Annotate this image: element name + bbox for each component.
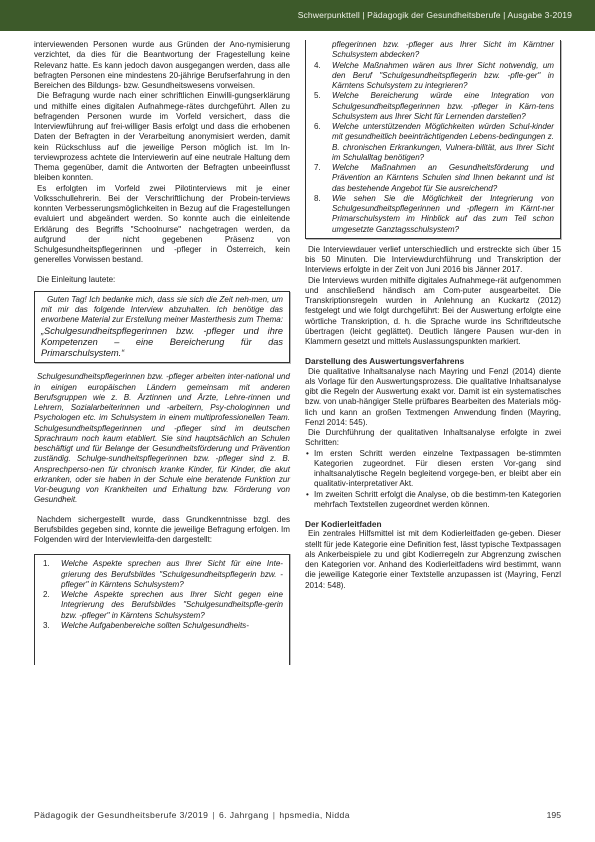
question-item: 8.Wie sehen Sie die Möglichkeit der Inte…	[314, 194, 554, 235]
volume: 6. Jahrgang	[219, 810, 269, 820]
question-list: 1.Welche Aspekte sprechen aus Ihrer Sich…	[43, 559, 283, 631]
question-text: Welche Aspekte sprechen aus Ihrer Sicht …	[61, 590, 283, 620]
paragraph: Nachdem sichergestellt wurde, dass Grund…	[34, 515, 290, 546]
paragraph: Die Befragung wurde nach einer schriftli…	[34, 91, 290, 183]
paragraph: interviewenden Personen wurde aus Gründe…	[34, 40, 290, 91]
journal-name: Pädagogik der Gesundheitsberufe 3/2019	[34, 810, 208, 820]
interview-guide-box-part1: 1.Welche Aspekte sprechen aus Ihrer Sich…	[34, 554, 290, 665]
left-column: interviewenden Personen wurde aus Gründe…	[34, 40, 290, 665]
running-title: Schwerpunkttell | Pädagogik der Gesundhe…	[298, 10, 572, 20]
section-heading: Darstellung des Auswertungsverfahrens	[305, 356, 561, 366]
page-footer: Pädagogik der Gesundheitsberufe 3/2019|6…	[34, 810, 561, 820]
interview-guide-box-part2: pflegerinnen bzw. -pfleger aus Ihrer Sic…	[305, 40, 561, 239]
question-text: Welche Aspekte sprechen aus Ihrer Sicht …	[61, 559, 283, 589]
question-text: pflegerinnen bzw. -pfleger aus Ihrer Sic…	[332, 40, 554, 59]
question-item: 5.Welche Bereicherung würde eine Integra…	[314, 91, 554, 122]
footer-separator: |	[212, 810, 215, 820]
question-number: 2.	[43, 590, 50, 600]
paragraph: Die Interviews wurden mithilfe digitales…	[305, 276, 561, 348]
question-item: 3.Welche Aufgabenbereiche sollten Schulg…	[43, 621, 283, 631]
publisher: hpsmedia, Nidda	[279, 810, 350, 820]
section-heading: Der Kodierleitfaden	[305, 519, 561, 529]
paragraph: Die Interviewdauer verlief unterschiedli…	[305, 245, 561, 276]
bullet-item: Im ersten Schritt werden einzelne Textpa…	[305, 449, 561, 490]
header-band: Schwerpunkttell | Pädagogik der Gesundhe…	[0, 0, 595, 31]
intro-label: Die Einleitung lautete:	[34, 275, 290, 285]
question-text: Welche Aufgabenbereiche sollten Schulges…	[61, 621, 249, 630]
quote-text: Guten Tag! Ich bedanke mich, dass sie si…	[41, 295, 283, 360]
question-item: 1.Welche Aspekte sprechen aus Ihrer Sich…	[43, 559, 283, 590]
question-text: Welche unterstützenden Möglichkeiten wür…	[332, 122, 554, 162]
quote-body: Guten Tag! Ich bedanke mich, dass sie si…	[41, 295, 283, 325]
question-text: Welche Bereicherung würde eine Integrati…	[332, 91, 554, 121]
footer-separator: |	[273, 810, 276, 820]
question-text: Welche Maßnahmen an Gesundheitsförderung…	[332, 163, 554, 193]
paragraph: Die qualitative Inhaltsanalyse nach Mayr…	[305, 367, 561, 429]
bullet-list: Im ersten Schritt werden einzelne Textpa…	[305, 449, 561, 511]
question-number: 7.	[314, 163, 321, 173]
paragraph: Es erfolgten im Vorfeld zwei Pilotinterv…	[34, 184, 290, 266]
right-column: pflegerinnen bzw. -pfleger aus Ihrer Sic…	[305, 40, 561, 591]
question-item: 6.Welche unterstützenden Möglichkeiten w…	[314, 122, 554, 163]
quote-box: Guten Tag! Ich bedanke mich, dass sie si…	[34, 291, 290, 364]
question-number: 1.	[43, 559, 50, 569]
page-number: 195	[547, 810, 561, 820]
question-number: 8.	[314, 194, 321, 204]
paragraph: Ein zentrales Hilfsmittel ist mit dem Ko…	[305, 529, 561, 591]
question-number: 6.	[314, 122, 321, 132]
question-item: 4.Welche Maßnahmen wären aus Ihrer Sicht…	[314, 61, 554, 92]
bullet-item: Im zweiten Schritt erfolgt die Analyse, …	[305, 490, 561, 511]
question-item: 2.Welche Aspekte sprechen aus Ihrer Sich…	[43, 590, 283, 621]
quote-emphasis: „Schulgesundheitspflegerinnen bzw. -pfle…	[41, 326, 283, 359]
paragraph: Schulgesundheitspflegerinnen bzw. -pfleg…	[34, 372, 290, 505]
question-item-continued: pflegerinnen bzw. -pfleger aus Ihrer Sic…	[314, 40, 554, 61]
question-number: 4.	[314, 61, 321, 71]
paragraph: Die Durchführung der qualitativen Inhalt…	[305, 428, 561, 449]
question-text: Wie sehen Sie die Möglichkeit der Integr…	[332, 194, 554, 234]
question-number: 5.	[314, 91, 321, 101]
question-list: pflegerinnen bzw. -pfleger aus Ihrer Sic…	[314, 40, 554, 235]
question-item: 7.Welche Maßnahmen an Gesundheitsförderu…	[314, 163, 554, 194]
question-number: 3.	[43, 621, 50, 631]
question-text: Welche Maßnahmen wären aus Ihrer Sicht n…	[332, 61, 554, 91]
